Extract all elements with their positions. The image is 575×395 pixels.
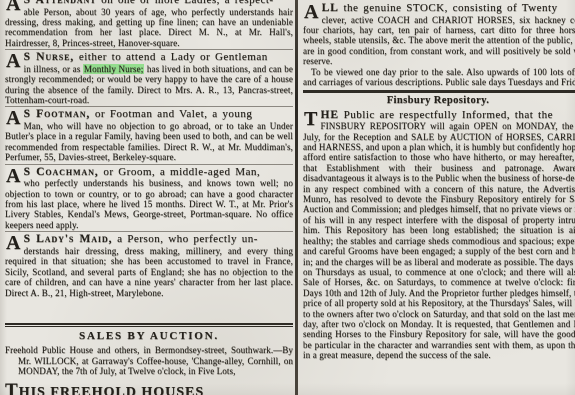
- classified-ad-ladys-maid: A S Lady's Maid, a Person, who perfectly…: [5, 231, 293, 299]
- newspaper-page: A S Attendant on one or more Ladies, a r…: [0, 0, 575, 395]
- drop-cap-letter: A: [5, 167, 24, 185]
- left-column: A S Attendant on one or more Ladies, a r…: [5, 0, 293, 395]
- ad-body-text: Man, who will have no objection to go ab…: [5, 121, 293, 163]
- ad-body-text: derstands hair dressing, dress making, m…: [5, 246, 293, 298]
- search-highlight: Monthly Nurse;: [83, 64, 144, 74]
- ad-body-text: able Person, about 30 years of age, who …: [5, 7, 293, 49]
- classified-ad-finsbury-repository: T HE Public are respectfully Informed, t…: [303, 108, 575, 362]
- auction-clipped-headline: THIS FREEHOLD HOUSES: [5, 380, 293, 395]
- drop-cap-letter: A: [5, 109, 24, 127]
- auction-notice: Freehold Public House and others, in Ber…: [5, 345, 293, 377]
- classified-ad-coachman: A S Coachman, or Groom, a middle-aged Ma…: [5, 164, 293, 232]
- classified-ad-stock: A LL the genuine STOCK, consisting of Tw…: [303, 1, 575, 88]
- drop-cap-letter: A: [5, 0, 24, 13]
- ad-lead-rest: or Footman and Valet, a young: [90, 109, 252, 120]
- section-divider: [303, 90, 575, 92]
- ad-lead-caps: S Coachman,: [24, 167, 99, 178]
- column-divider-rule: [295, 0, 298, 395]
- ad-lead-line: LL the genuine STOCK, consisting of Twen…: [322, 3, 575, 15]
- drop-cap-letter: A: [5, 234, 24, 252]
- ad-lead-caps: S Nurse,: [24, 52, 75, 63]
- ad-body-text: FINSBURY REPOSITORY will again OPEN on M…: [303, 121, 575, 360]
- ad-lead-rest: either to attend a Lady or Gentleman: [74, 52, 268, 63]
- ad-lead-line: S Coachman, or Groom, a middle-aged Man,: [24, 167, 293, 179]
- classified-ad-attendant: A S Attendant on one or more Ladies, a r…: [5, 0, 293, 49]
- right-column: A LL the genuine STOCK, consisting of Tw…: [303, 1, 575, 362]
- ad-body-text: who perfectly understands his business, …: [5, 178, 293, 230]
- ad-lead-line: HE Public are respectfully Informed, tha…: [321, 110, 575, 122]
- ad-lead-rest: on one or more Ladies, a respect-: [96, 0, 273, 6]
- ad-body-paragraph-2: To be viewed one day prior to the sale. …: [303, 67, 575, 88]
- drop-cap-letter: A: [303, 3, 322, 21]
- sales-by-auction-section: SALES BY AUCTION. Freehold Public House …: [5, 323, 293, 395]
- auction-section-header: SALES BY AUCTION.: [5, 330, 293, 342]
- ad-body-text: clever, active COACH and CHARIOT HORSES,…: [303, 15, 575, 67]
- headline-text: HIS FREEHOLD HOUSES: [19, 385, 205, 395]
- section-divider: [5, 323, 293, 327]
- ad-lead-line: S Nurse, either to attend a Lady or Gent…: [24, 52, 293, 64]
- ad-lead-rest: Public are respectfully Informed, that t…: [339, 110, 553, 121]
- ad-lead-line: S Attendant on one or more Ladies, a res…: [24, 0, 293, 7]
- classified-ad-footman: A S Footman, or Footman and Valet, a you…: [5, 106, 293, 163]
- ad-lead-caps: S Lady's Maid,: [24, 234, 113, 245]
- ad-body-pre: in illness, or as: [24, 64, 83, 74]
- ad-lead-line: S Lady's Maid, a Person, who perfectly u…: [24, 234, 293, 246]
- drop-cap-letter: A: [5, 52, 24, 70]
- ad-lead-rest: the genuine STOCK, consisting of Twenty: [339, 3, 558, 14]
- finsbury-repository-header: Finsbury Repository.: [303, 95, 573, 106]
- ad-lead-line: S Footman, or Footman and Valet, a young: [24, 109, 293, 121]
- ad-lead-caps: HE: [321, 110, 339, 121]
- ad-lead-caps: LL: [322, 3, 339, 14]
- ad-body-text: in illness, or as Monthly Nurse; has liv…: [5, 64, 293, 106]
- drop-cap-letter: T: [303, 110, 321, 128]
- ad-lead-caps: S Attendant: [24, 0, 97, 6]
- classified-ad-nurse: A S Nurse, either to attend a Lady or Ge…: [5, 49, 293, 106]
- ad-lead-rest: or Groom, a middle-aged Man,: [99, 167, 261, 178]
- drop-cap-letter: T: [5, 380, 19, 395]
- ad-lead-rest: a Person, who perfectly un-: [112, 234, 258, 245]
- ad-lead-caps: S Footman,: [24, 109, 91, 120]
